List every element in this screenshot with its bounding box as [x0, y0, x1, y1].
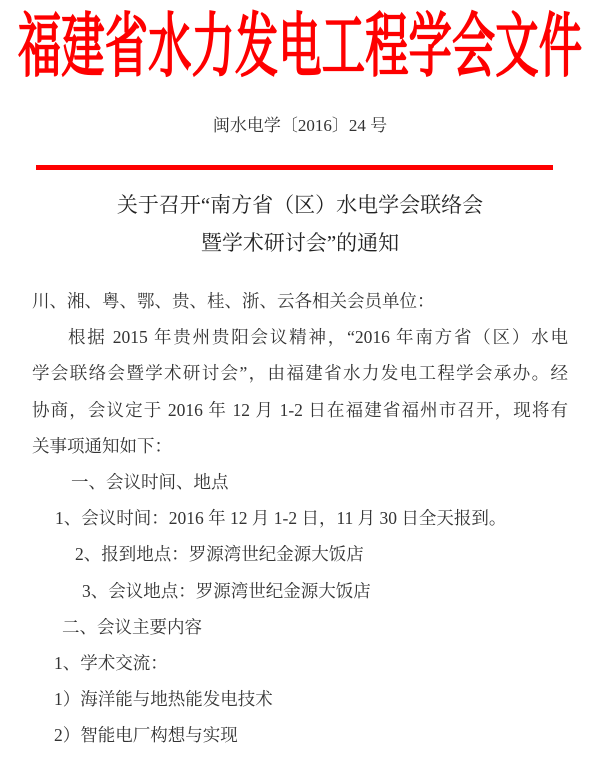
notice-title: 关于召开“南方省（区）水电学会联络会 暨学术研讨会”的通知	[0, 186, 600, 262]
section1-heading: 一、会议时间、地点	[32, 464, 568, 500]
para1-line4: 关事项通知如下：	[32, 428, 568, 464]
section1-item-checkin-location: 2、报到地点：罗源湾世纪金源大饭店	[32, 536, 568, 572]
section2-item-academic-exchange: 1、学术交流：	[32, 645, 568, 681]
para1-line2: 学会联络会暨学术研讨会”，由福建省水力发电工程学会承办。经	[32, 355, 568, 391]
doc-number: 闽水电学〔2016〕24 号	[0, 116, 600, 136]
document-body: 川、湘、粤、鄂、贵、桂、浙、云各相关会员单位： 根据 2015 年贵州贵阳会议精…	[0, 283, 600, 754]
para1-line1: 根据 2015 年贵州贵阳会议精神，“2016 年南方省（区）水电	[32, 319, 568, 355]
red-header-banner: 福建省水力发电工程学会文件	[0, 0, 600, 80]
section2-heading: 二、会议主要内容	[32, 609, 568, 645]
notice-title-line1: 关于召开“南方省（区）水电学会联络会	[0, 186, 600, 224]
org-title: 福建省水力发电工程学会文件	[18, 12, 582, 80]
document-page: 福建省水力发电工程学会文件 闽水电学〔2016〕24 号 关于召开“南方省（区）…	[0, 0, 600, 758]
red-divider-line	[36, 165, 553, 170]
notice-title-line2: 暨学术研讨会”的通知	[0, 224, 600, 262]
para1-line3: 协商，会议定于 2016 年 12 月 1-2 日在福建省福州市召开，现将有	[32, 392, 568, 428]
section2-topic-ocean-geothermal: 1）海洋能与地热能发电技术	[32, 681, 568, 717]
section1-item-time: 1、会议时间：2016 年 12 月 1-2 日，11 月 30 日全天报到。	[32, 500, 568, 536]
salutation: 川、湘、粤、鄂、贵、桂、浙、云各相关会员单位：	[32, 283, 568, 319]
section2-topic-smart-plant: 2）智能电厂构想与实现	[32, 717, 568, 753]
section1-item-meeting-location: 3、会议地点：罗源湾世纪金源大饭店	[32, 573, 568, 609]
